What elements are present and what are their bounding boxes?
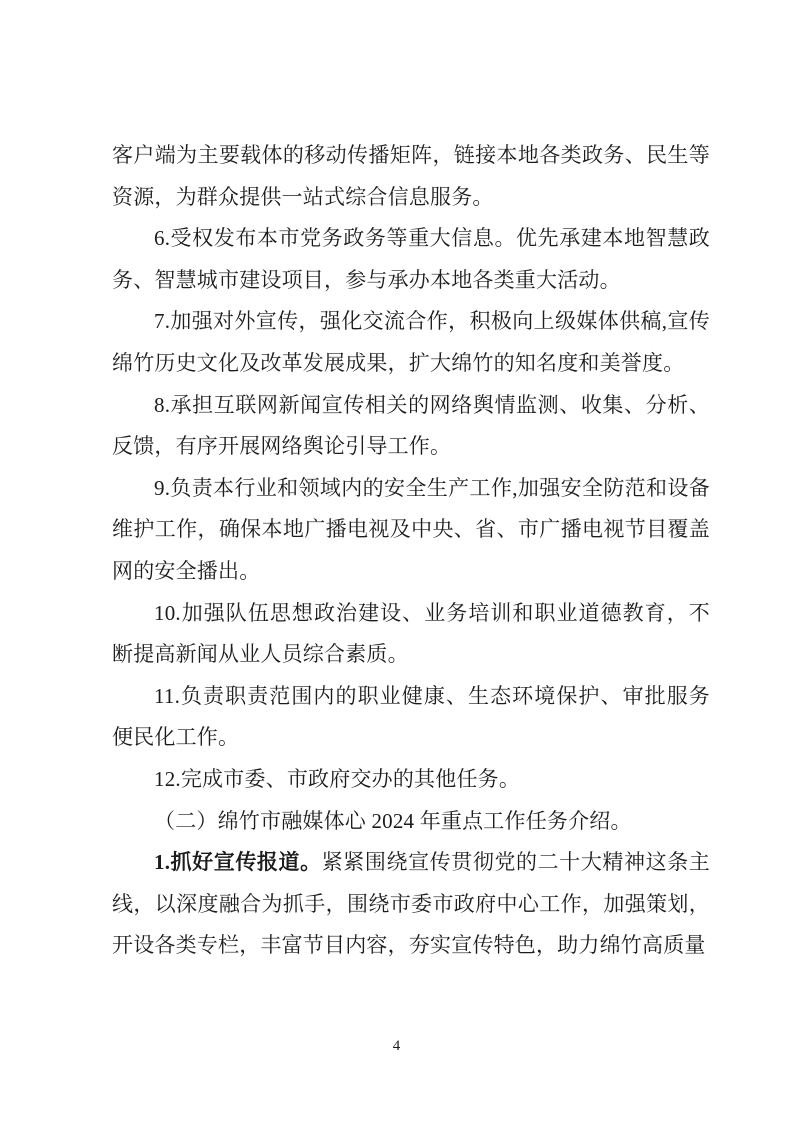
paragraph-item-8: 8.承担互联网新闻宣传相关的网络舆情监测、收集、分析、反馈，有序开展网络舆论引导…	[112, 385, 710, 468]
paragraph-item-11: 11.负责职责范围内的职业健康、生态环境保护、审批服务便民化工作。	[112, 676, 710, 759]
paragraph-bold-lead: 1.抓好宣传报道。	[154, 850, 322, 874]
paragraph-item-6: 6.受权发布本市党务政务等重大信息。优先承建本地智慧政务、智慧城市建设项目，参与…	[112, 218, 710, 301]
paragraph-item-7: 7.加强对外宣传，强化交流合作，积极向上级媒体供稿,宣传绵竹历史文化及改革发展成…	[112, 301, 710, 384]
paragraph-item-12: 12.完成市委、市政府交办的其他任务。	[112, 759, 710, 801]
paragraph-item-10: 10.加强队伍思想政治建设、业务培训和职业道德教育，不断提高新闻从业人员综合素质…	[112, 593, 710, 676]
document-body: 客户端为主要载体的移动传播矩阵，链接本地各类政务、民生等资源，为群众提供一站式综…	[112, 135, 710, 967]
section-heading: （二）绵竹市融媒体心 2024 年重点工作任务介绍。	[112, 801, 710, 843]
paragraph-continuation: 客户端为主要载体的移动传播矩阵，链接本地各类政务、民生等资源，为群众提供一站式综…	[112, 135, 710, 218]
paragraph-item-9: 9.负责本行业和领域内的安全生产工作,加强安全防范和设备维护工作，确保本地广播电…	[112, 468, 710, 593]
paragraph-task-1: 1.抓好宣传报道。紧紧围绕宣传贯彻党的二十大精神这条主线，以深度融合为抓手，围绕…	[112, 842, 710, 967]
page-number: 4	[0, 1038, 793, 1055]
document-page: 客户端为主要载体的移动传播矩阵，链接本地各类政务、民生等资源，为群众提供一站式综…	[0, 0, 793, 1122]
